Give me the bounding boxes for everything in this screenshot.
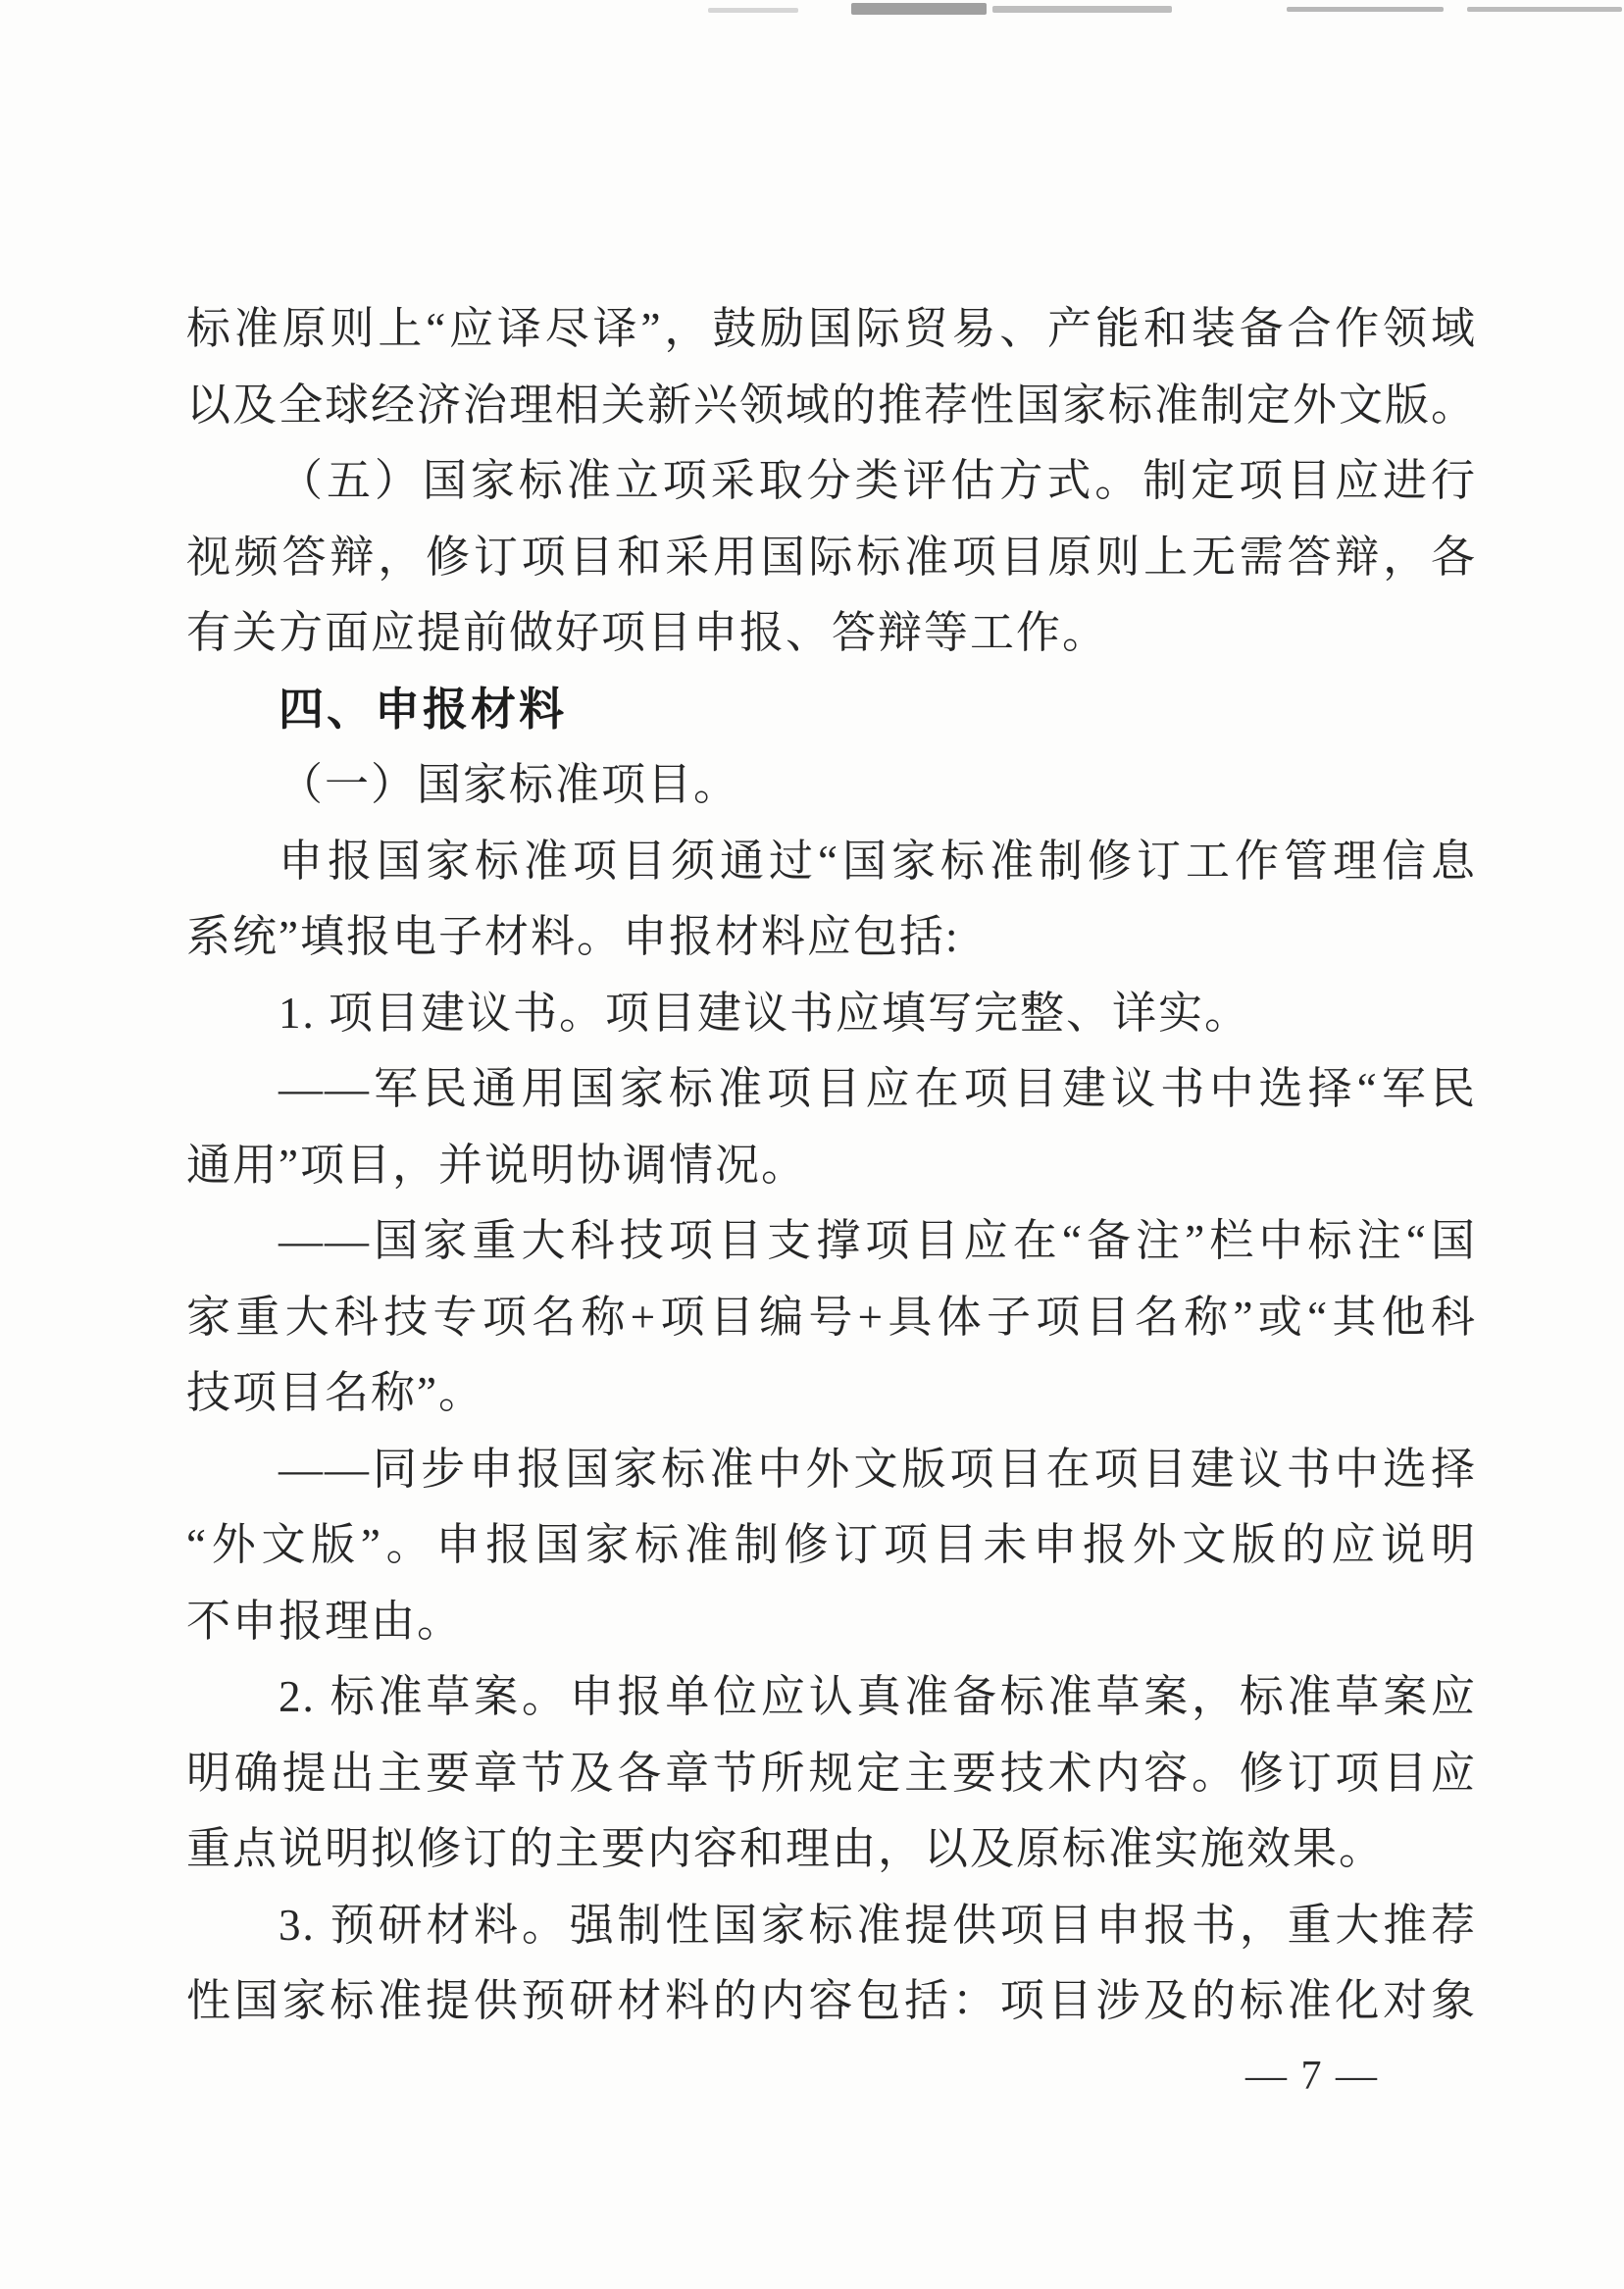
- text-line-21: 重点说明拟修订的主要内容和理由，以及原标准实施效果。: [186, 1810, 1477, 1887]
- text-line-22: 3. 预研材料。强制性国家标准提供项目申报书，重大推荐: [186, 1887, 1477, 1963]
- text-line-12: 通用”项目，并说明协调情况。: [186, 1127, 1477, 1203]
- text-line-7: （一）国家标准项目。: [186, 746, 1477, 823]
- text-line-16: ——同步申报国家标准中外文版项目在项目建议书中选择: [186, 1431, 1477, 1507]
- text-line-9: 系统”填报电子材料。申报材料应包括:: [186, 898, 1477, 975]
- text-line-14: 家重大科技专项名称+项目编号+具体子项目名称”或“其他科: [186, 1279, 1477, 1355]
- scan-smudge: [1287, 7, 1444, 12]
- scan-smudge: [1467, 7, 1622, 12]
- text-line-10: 1. 项目建议书。项目建议书应填写完整、详实。: [186, 975, 1477, 1051]
- text-line-19: 2. 标准草案。申报单位应认真准备标准草案，标准草案应: [186, 1658, 1477, 1735]
- text-line-20: 明确提出主要章节及各章节所规定主要技术内容。修订项目应: [186, 1735, 1477, 1811]
- text-line-1: 标准原则上“应译尽译”，鼓励国际贸易、产能和装备合作领域: [186, 290, 1477, 367]
- text-line-11: ——军民通用国家标准项目应在项目建议书中选择“军民: [186, 1050, 1477, 1127]
- text-line-23: 性国家标准提供预研材料的内容包括：项目涉及的标准化对象: [186, 1962, 1477, 2039]
- text-line-5: 有关方面应提前做好项目申报、答辩等工作。: [186, 594, 1477, 671]
- text-line-15: 技项目名称”。: [186, 1354, 1477, 1431]
- text-line-4: 视频答辩，修订项目和采用国际标准项目原则上无需答辩，各: [186, 519, 1477, 595]
- page-number: — 7 —: [1245, 2052, 1481, 2101]
- text-line-17: “外文版”。申报国家标准制修订项目未申报外文版的应说明: [186, 1506, 1477, 1583]
- scan-smudge: [992, 6, 1172, 13]
- text-line-13: ——国家重大科技项目支撑项目应在“备注”栏中标注“国: [186, 1202, 1477, 1279]
- text-line-3: （五）国家标准立项采取分类评估方式。制定项目应进行: [186, 442, 1477, 519]
- text-line-8: 申报国家标准项目须通过“国家标准制修订工作管理信息: [186, 823, 1477, 899]
- scan-smudge: [851, 3, 987, 15]
- text-line-18: 不申报理由。: [186, 1583, 1477, 1659]
- text-line-6: 四、申报材料: [186, 671, 1477, 747]
- scan-smudge: [708, 8, 798, 13]
- text-line-2: 以及全球经济治理相关新兴领域的推荐性国家标准制定外文版。: [186, 367, 1477, 443]
- document-page: 标准原则上“应译尽译”，鼓励国际贸易、产能和装备合作领域以及全球经济治理相关新兴…: [0, 0, 1624, 2289]
